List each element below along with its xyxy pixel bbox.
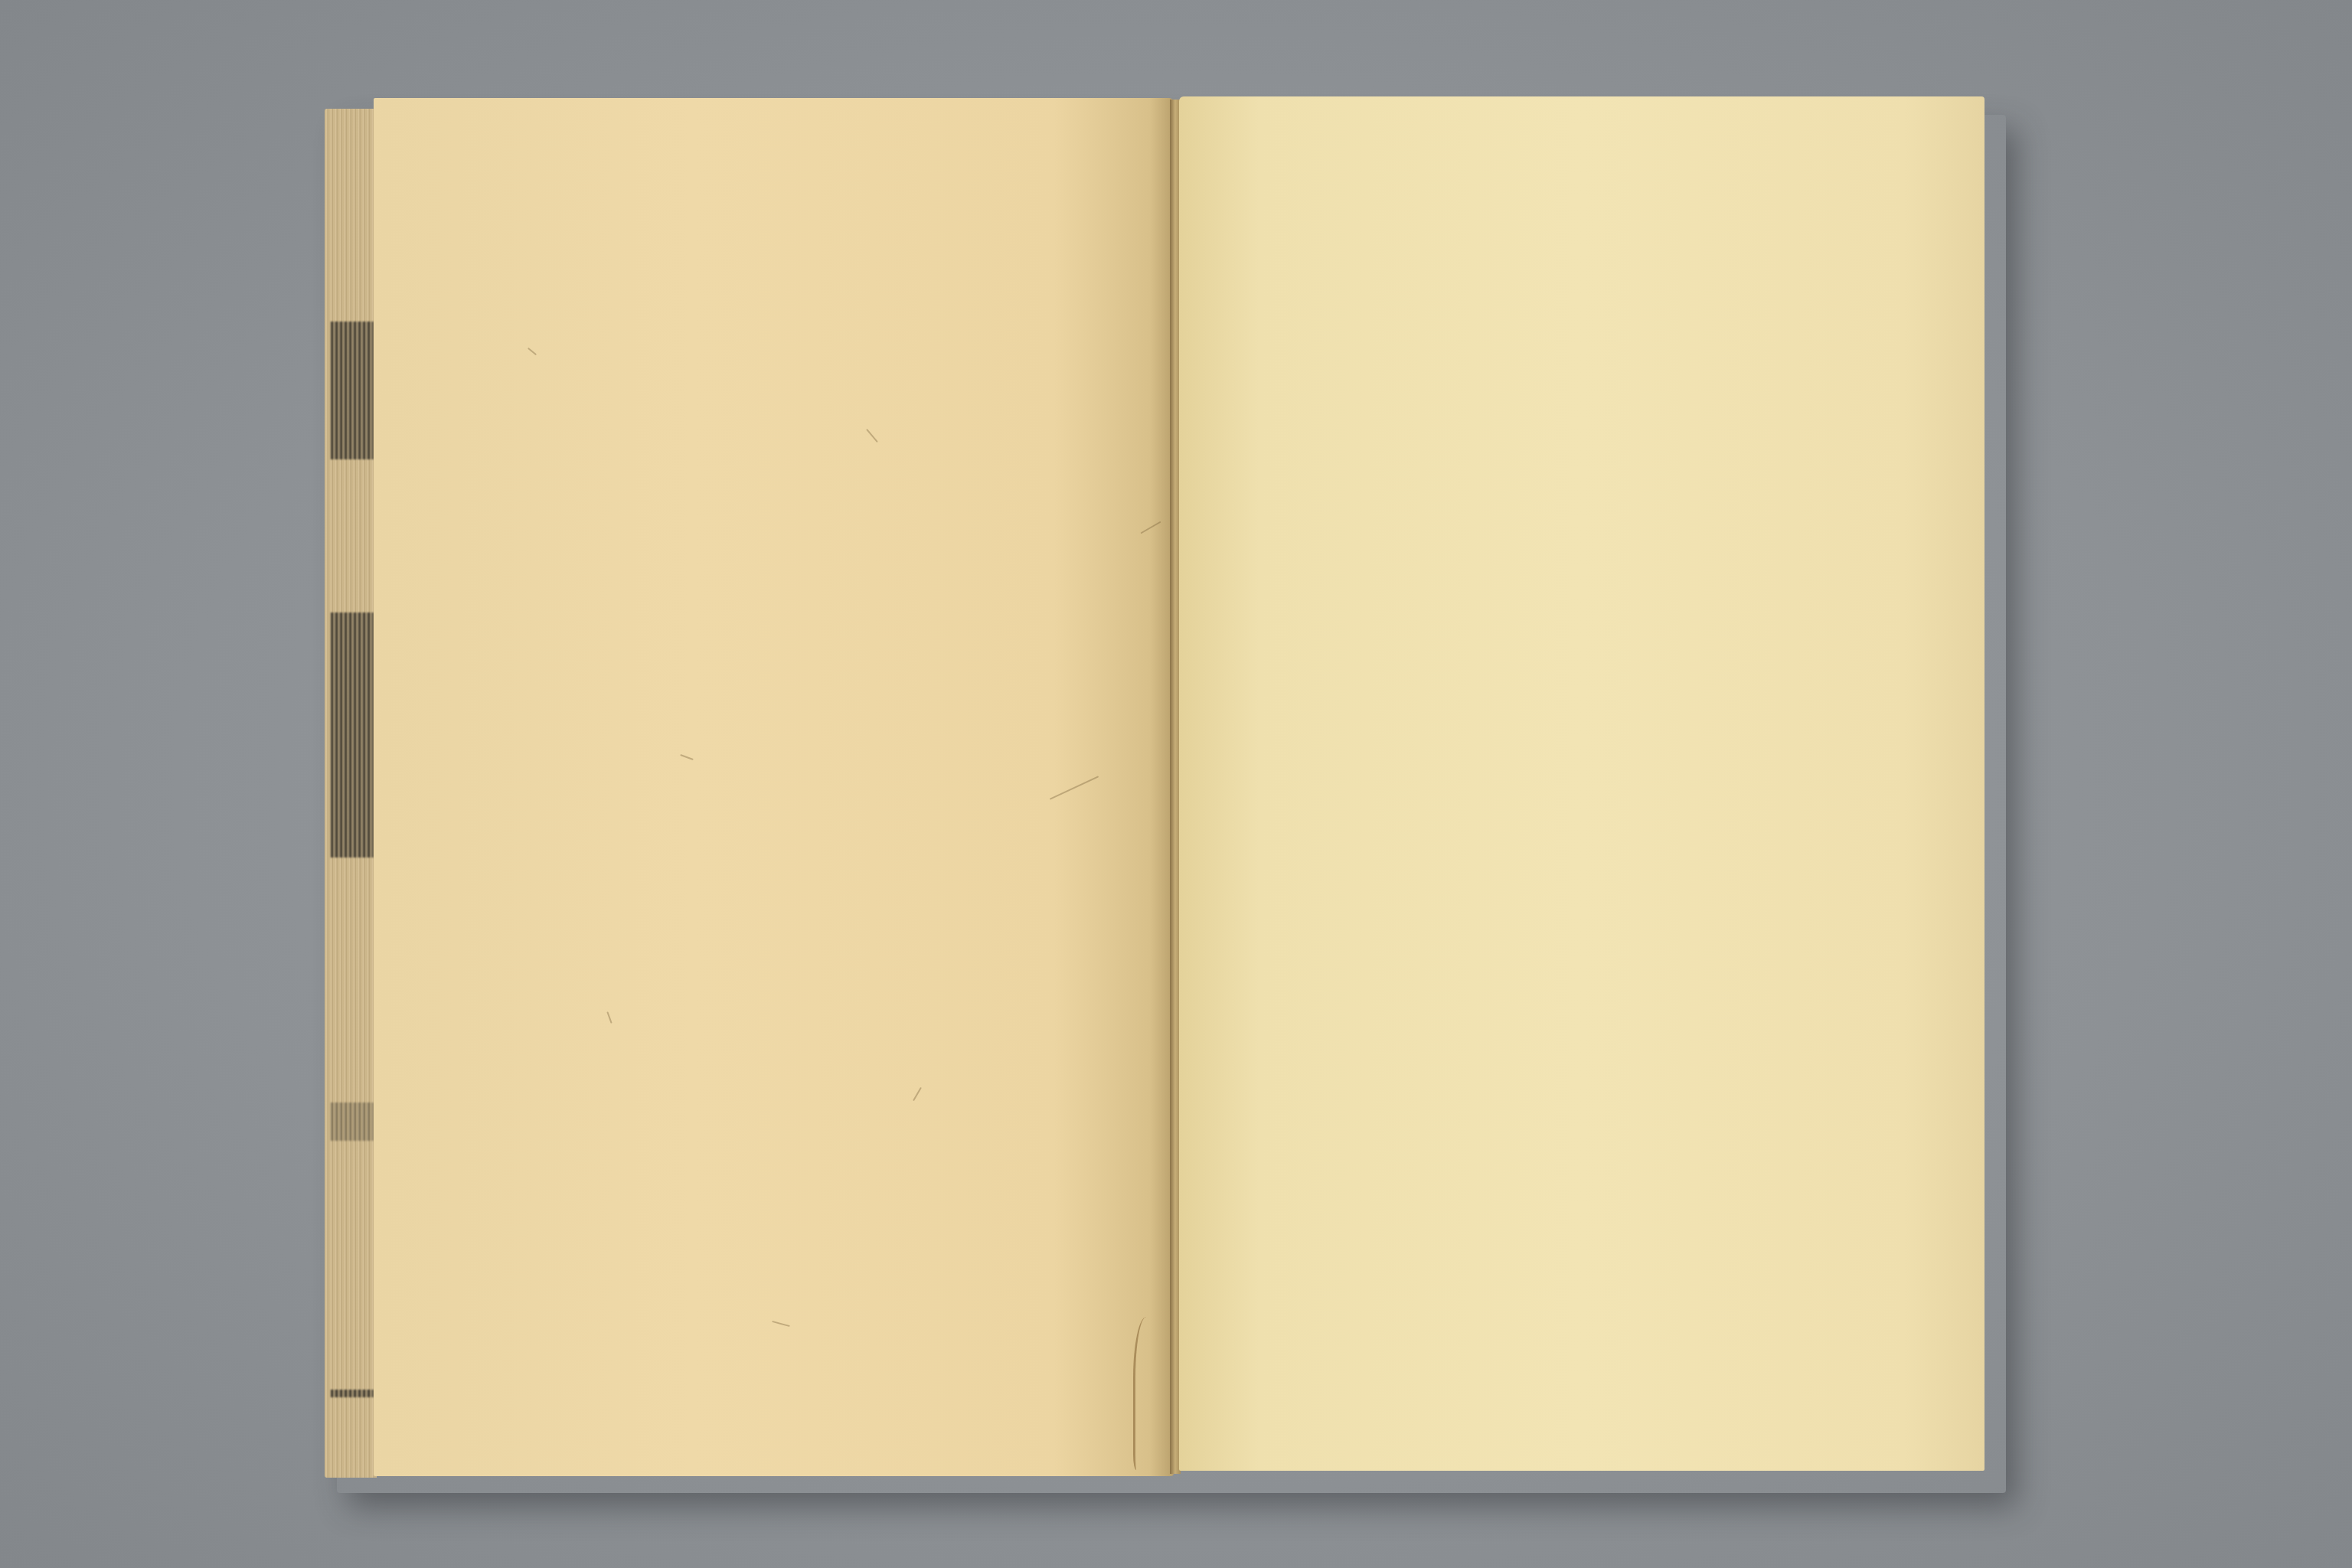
paper-fiber bbox=[1050, 776, 1099, 799]
page-edge-ink-mark bbox=[331, 322, 374, 459]
page-edge-ink-mark bbox=[331, 612, 374, 857]
left-page bbox=[374, 98, 1174, 1476]
page-edge-ink-mark bbox=[331, 1390, 374, 1397]
paper-fiber bbox=[772, 1321, 790, 1327]
paper-fiber bbox=[866, 429, 878, 443]
paper-fiber bbox=[913, 1087, 922, 1101]
paper-fiber bbox=[680, 754, 694, 760]
right-page bbox=[1179, 96, 1984, 1471]
paper-fiber bbox=[528, 348, 537, 356]
paper-fiber bbox=[1141, 521, 1161, 534]
page-edge-ink-mark bbox=[331, 1102, 374, 1141]
paper-fiber bbox=[606, 1011, 612, 1024]
